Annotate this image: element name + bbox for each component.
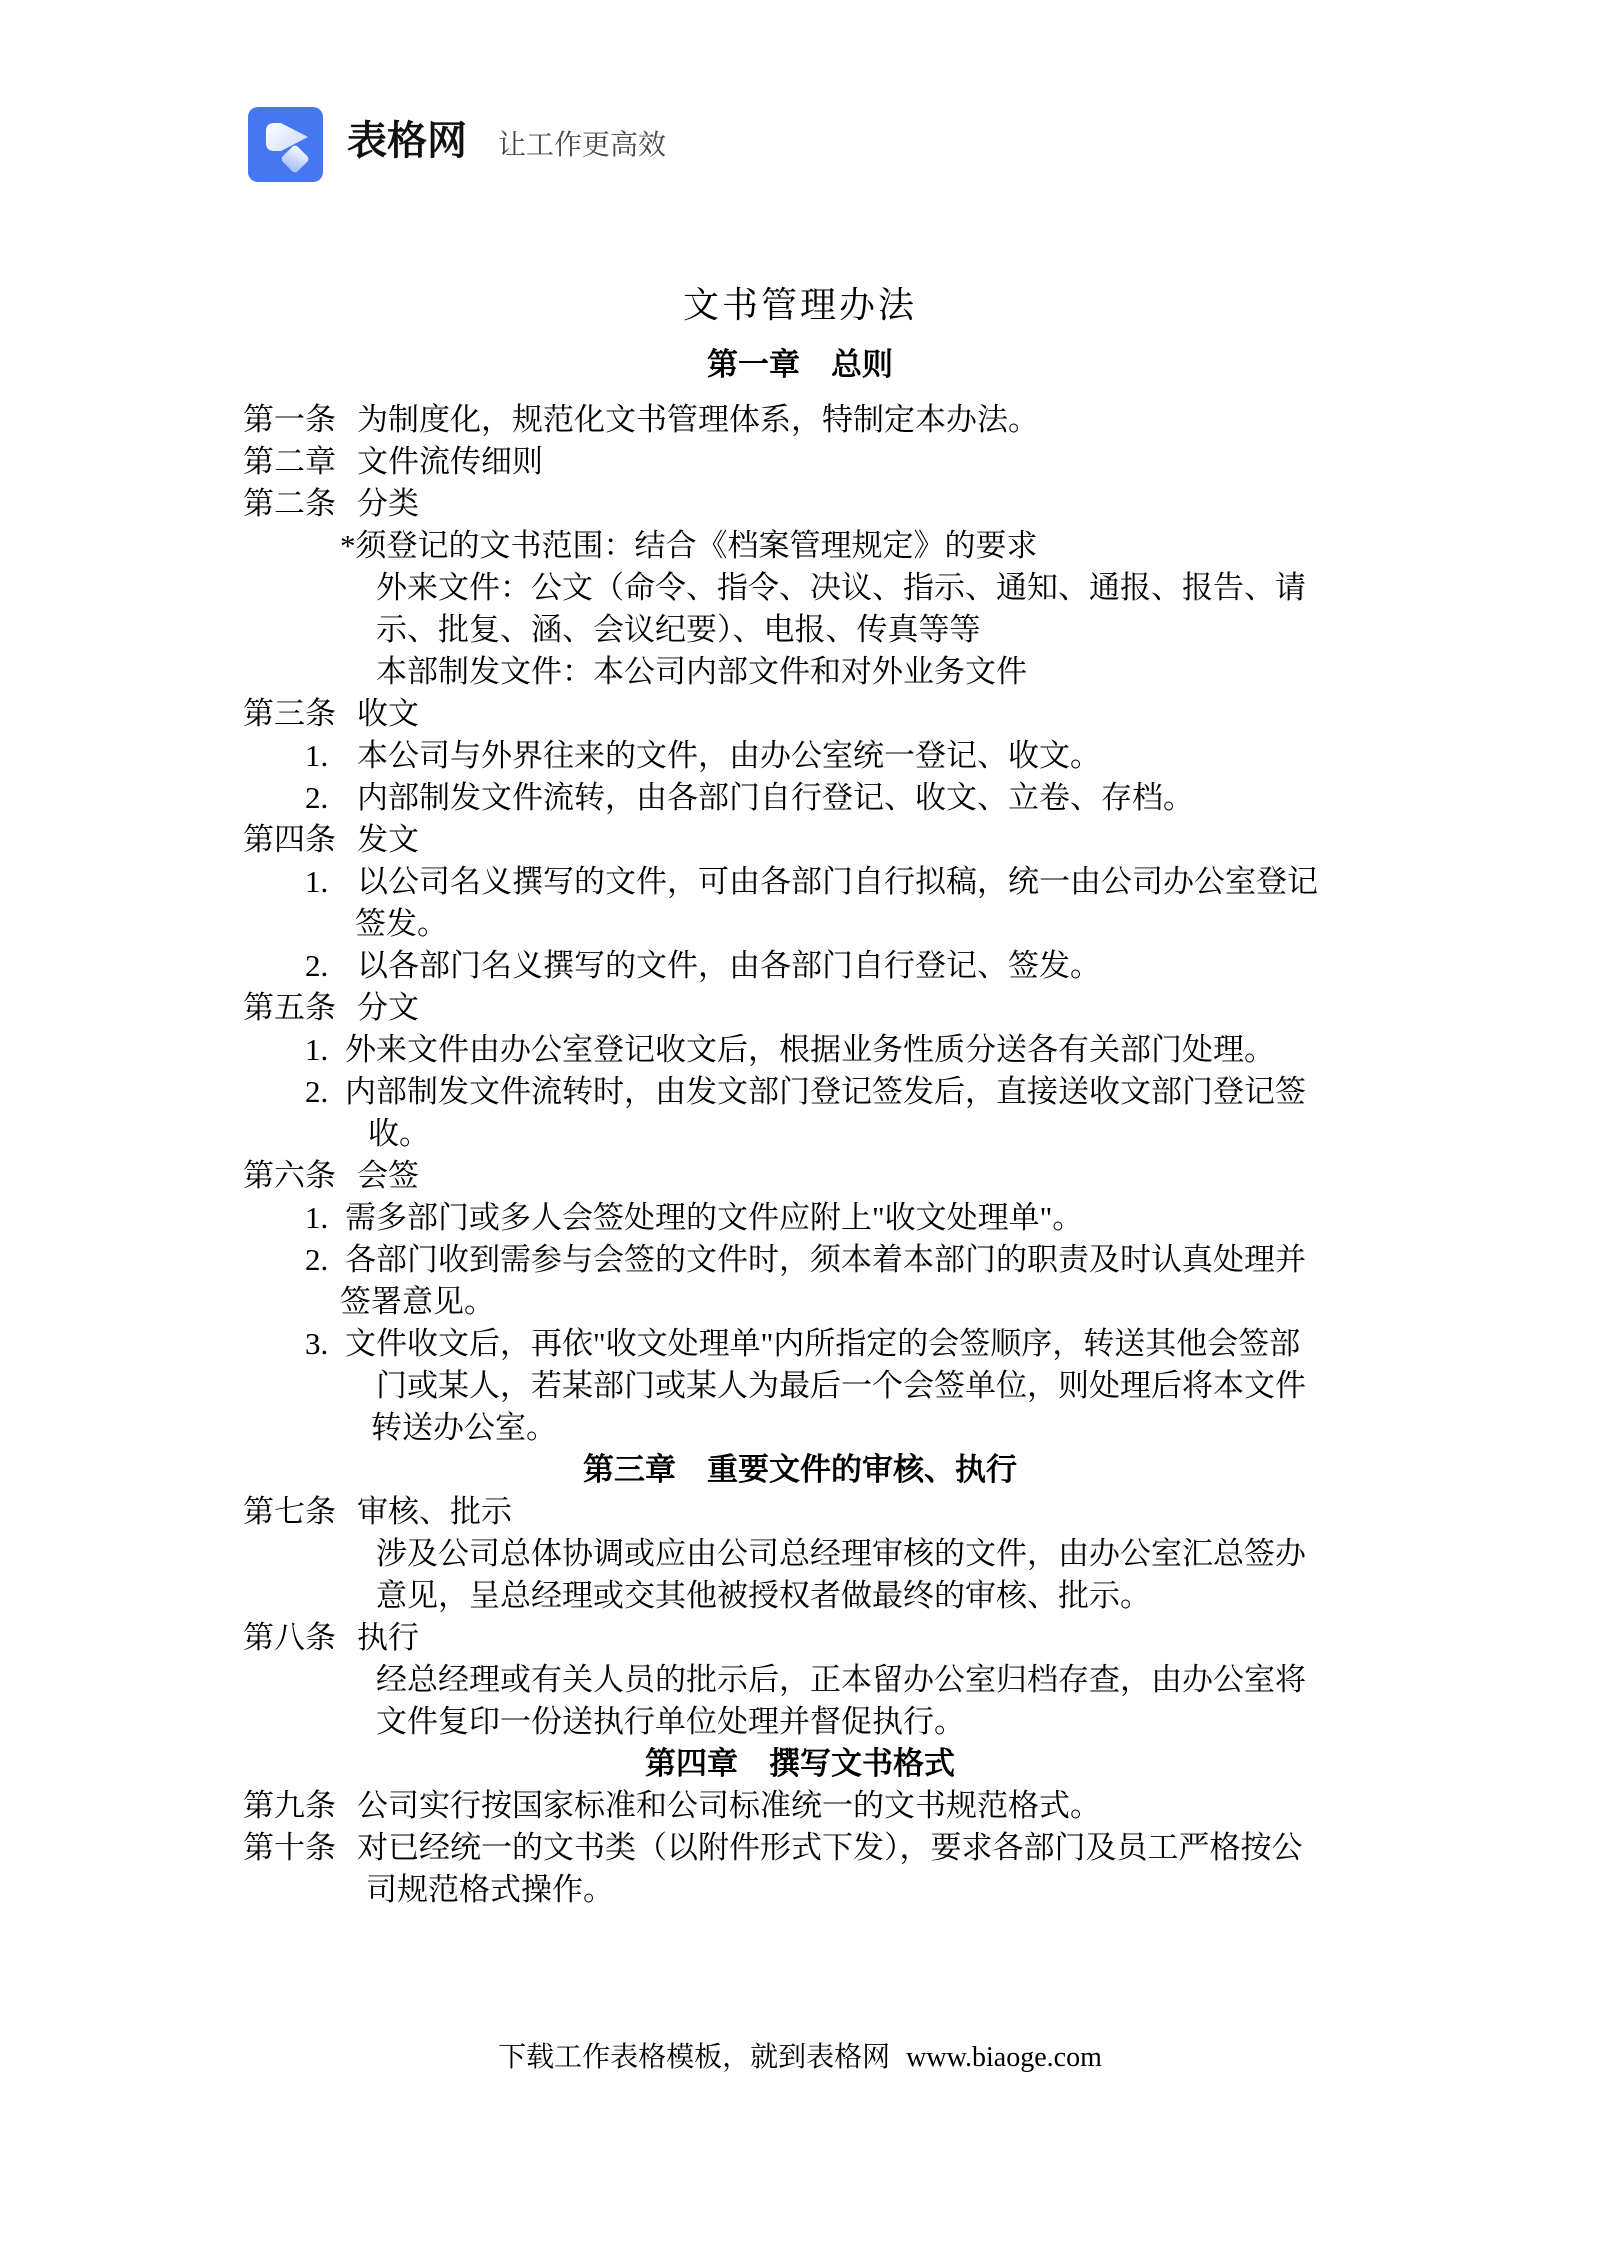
article-row: 第二章文件流传细则 bbox=[0, 441, 1600, 483]
list-number: 1. bbox=[305, 735, 357, 777]
article-text: 分类 bbox=[357, 483, 419, 525]
article-row: 第九条公司实行按国家标准和公司标准统一的文书规范格式。 bbox=[0, 1785, 1600, 1827]
article-row: 第七条审核、批示 bbox=[0, 1491, 1600, 1533]
list-item: 1.以公司名义撰写的文件，可由各部门自行拟稿，统一由公司办公室登记 bbox=[0, 861, 1600, 903]
article-label: 第十条 bbox=[243, 1827, 336, 1869]
list-number: 3. bbox=[305, 1323, 345, 1365]
list-item: 2.内部制发文件流转，由各部门自行登记、收文、立卷、存档。 bbox=[0, 777, 1600, 819]
article-label: 第二条 bbox=[243, 483, 336, 525]
footer-slogan: 下载工作表格模板，就到表格网 bbox=[498, 2042, 890, 2073]
article-text: 审核、批示 bbox=[357, 1491, 512, 1533]
document-page: 表格网 让工作更高效 文书管理办法 第一章 总则 第一条为制度化，规范化文书管理… bbox=[0, 0, 1600, 2262]
list-item: 2.各部门收到需参与会签的文件时，须本着本部门的职责及时认真处理并 bbox=[0, 1239, 1600, 1281]
article-label: 第五条 bbox=[243, 987, 336, 1029]
continuation-line: 转送办公室。 bbox=[0, 1407, 1600, 1449]
article-label: 第六条 bbox=[243, 1155, 336, 1197]
chapter-heading-4: 第四章 撰写文书格式 bbox=[0, 1743, 1600, 1785]
list-number: 1. bbox=[305, 1029, 345, 1071]
article-text: 发文 bbox=[357, 819, 419, 861]
article-label: 第八条 bbox=[243, 1617, 336, 1659]
article-row: 第六条会签 bbox=[0, 1155, 1600, 1197]
sub-line: 经总经理或有关人员的批示后，正本留办公室归档存查，由办公室将 bbox=[0, 1659, 1600, 1701]
list-number: 2. bbox=[305, 1239, 345, 1281]
article-text: 为制度化，规范化文书管理体系，特制定本办法。 bbox=[357, 399, 1039, 441]
sub-line: 涉及公司总体协调或应由公司总经理审核的文件，由办公室汇总签办 bbox=[0, 1533, 1600, 1575]
continuation-line: 签署意见。 bbox=[0, 1281, 1600, 1323]
list-item: 1.本公司与外界往来的文件，由办公室统一登记、收文。 bbox=[0, 735, 1600, 777]
site-logo-text: 表格网 bbox=[347, 116, 467, 166]
continuation-line: 签发。 bbox=[0, 903, 1600, 945]
footer-url: www.biaoge.com bbox=[906, 2042, 1102, 2073]
article-text: 文件流传细则 bbox=[357, 441, 543, 483]
article-row: 第三条收文 bbox=[0, 693, 1600, 735]
continuation-line: 收。 bbox=[0, 1113, 1600, 1155]
article-row: 第一条为制度化，规范化文书管理体系，特制定本办法。 bbox=[0, 399, 1600, 441]
article-row: 第二条分类 bbox=[0, 483, 1600, 525]
list-item: 2.内部制发文件流转时，由发文部门登记签发后，直接送收文部门登记签 bbox=[0, 1071, 1600, 1113]
site-tagline: 让工作更高效 bbox=[498, 129, 666, 163]
sub-line: 本部制发文件：本公司内部文件和对外业务文件 bbox=[0, 651, 1600, 693]
chapter-heading-3: 第三章 重要文件的审核、执行 bbox=[0, 1449, 1600, 1491]
sub-line: 意见，呈总经理或交其他被授权者做最终的审核、批示。 bbox=[0, 1575, 1600, 1617]
article-label: 第二章 bbox=[243, 441, 336, 483]
document-title: 文书管理办法 bbox=[0, 283, 1600, 327]
article-text: 执行 bbox=[357, 1617, 419, 1659]
article-text: 对已经统一的文书类（以附件形式下发），要求各部门及员工严格按公 bbox=[357, 1827, 1303, 1869]
sub-line: 外来文件：公文（命令、指令、决议、指示、通知、通报、报告、请 bbox=[0, 567, 1600, 609]
sub-line: 文件复印一份送执行单位处理并督促执行。 bbox=[0, 1701, 1600, 1743]
article-text: 公司实行按国家标准和公司标准统一的文书规范格式。 bbox=[357, 1785, 1101, 1827]
list-item: 2.以各部门名义撰写的文件，由各部门自行登记、签发。 bbox=[0, 945, 1600, 987]
article-row: 第五条分文 bbox=[0, 987, 1600, 1029]
list-number: 2. bbox=[305, 777, 357, 819]
list-number: 2. bbox=[305, 945, 357, 987]
list-item: 3.文件收文后，再依"收文处理单"内所指定的会签顺序，转送其他会签部 bbox=[0, 1323, 1600, 1365]
article-label: 第四条 bbox=[243, 819, 336, 861]
continuation-line: 门或某人，若某部门或某人为最后一个会签单位，则处理后将本文件 bbox=[0, 1365, 1600, 1407]
page-footer: 下载工作表格模板，就到表格网www.biaoge.com bbox=[0, 2040, 1600, 2076]
list-item: 1.需多部门或多人会签处理的文件应附上"收文处理单"。 bbox=[0, 1197, 1600, 1239]
article-row: 第八条执行 bbox=[0, 1617, 1600, 1659]
article-label: 第一条 bbox=[243, 399, 336, 441]
article-label: 第七条 bbox=[243, 1491, 336, 1533]
article-text: 分文 bbox=[357, 987, 419, 1029]
article-row: 第十条对已经统一的文书类（以附件形式下发），要求各部门及员工严格按公 bbox=[0, 1827, 1600, 1869]
sub-line: 示、批复、涵、会议纪要）、电报、传真等等 bbox=[0, 609, 1600, 651]
article-text: 会签 bbox=[357, 1155, 419, 1197]
chapter-heading-1: 第一章 总则 bbox=[0, 344, 1600, 386]
article-text: 收文 bbox=[357, 693, 419, 735]
continuation-line: 司规范格式操作。 bbox=[0, 1869, 1600, 1911]
article-label: 第三条 bbox=[243, 693, 336, 735]
biaoge-logo-icon bbox=[248, 107, 323, 182]
article-label: 第九条 bbox=[243, 1785, 336, 1827]
list-number: 2. bbox=[305, 1071, 345, 1113]
list-number: 1. bbox=[305, 1197, 345, 1239]
list-item: 1.外来文件由办公室登记收文后，根据业务性质分送各有关部门处理。 bbox=[0, 1029, 1600, 1071]
note-line: *须登记的文书范围：结合《档案管理规定》的要求 bbox=[0, 525, 1600, 567]
list-number: 1. bbox=[305, 861, 357, 903]
document-body: 第一条为制度化，规范化文书管理体系，特制定本办法。 第二章文件流传细则 第二条分… bbox=[0, 399, 1600, 1911]
article-row: 第四条发文 bbox=[0, 819, 1600, 861]
